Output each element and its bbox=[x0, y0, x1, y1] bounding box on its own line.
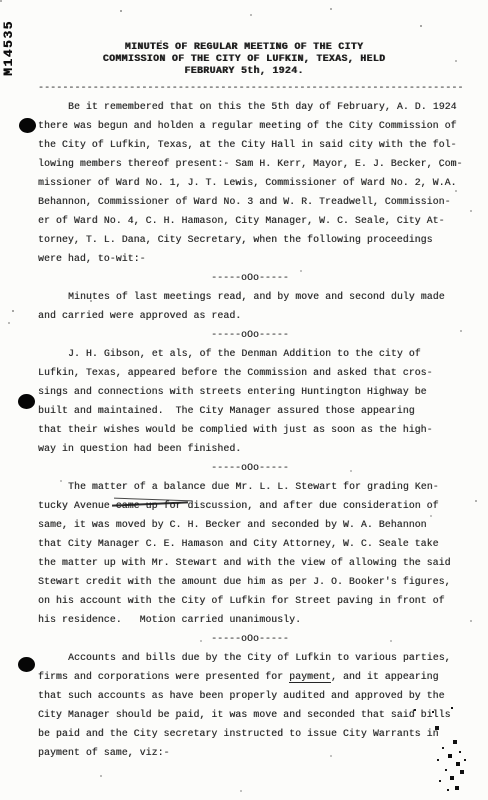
paragraph-line: that City Manager C. E. Hamason and City… bbox=[38, 534, 462, 553]
paragraph-line: lowing members thereof present:- Sam H. … bbox=[38, 154, 462, 173]
line-text: tucky Avenue bbox=[38, 500, 116, 511]
paragraph-line: firms and corporations were presented fo… bbox=[38, 667, 462, 686]
header-line: MINUTES OF REGULAR MEETING OF THE CITY bbox=[0, 41, 488, 53]
header-line: FEBRUARY 5th, 1924. bbox=[0, 65, 488, 77]
document-body: ----------------------------------------… bbox=[38, 78, 462, 762]
paragraph-line: same, it was moved by C. H. Becker and s… bbox=[38, 515, 462, 534]
punch-hole-dot bbox=[18, 394, 35, 409]
paragraph-line: way in question had been finished. bbox=[38, 439, 462, 458]
paragraph-line: Behannon, Commissioner of Ward No. 3 and… bbox=[38, 192, 462, 211]
paragraph-line: torney, T. L. Dana, City Secretary, when… bbox=[38, 230, 462, 249]
paragraph-line: J. H. Gibson, et als, of the Denman Addi… bbox=[38, 344, 462, 363]
line-text: discussion, and after due consideration … bbox=[182, 500, 439, 511]
underlined-text: payment bbox=[289, 671, 331, 683]
line-text: firms and corporations were presented fo… bbox=[38, 671, 289, 682]
section-separator: -----oOo----- bbox=[38, 325, 462, 344]
paragraph-line: sings and connections with streets enter… bbox=[38, 382, 462, 401]
paragraph-line: the matter up with Mr. Stewart and with … bbox=[38, 553, 462, 572]
paragraph-line: Accounts and bills due by the City of Lu… bbox=[38, 648, 462, 667]
line-text: , and it appearing bbox=[331, 671, 439, 682]
strikethrough-text: came up for bbox=[116, 496, 182, 515]
paragraph-line: missioner of Ward No. 1, J. T. Lewis, Co… bbox=[38, 173, 462, 192]
section-separator: -----oOo----- bbox=[38, 268, 462, 287]
dashed-divider: ----------------------------------------… bbox=[38, 78, 462, 97]
paragraph-line: Stewart credit with the amount due him a… bbox=[38, 572, 462, 591]
paragraph-line: that such accounts as have been properly… bbox=[38, 686, 462, 705]
paragraph-line: that their wishes would be complied with… bbox=[38, 420, 462, 439]
paragraph-line: The matter of a balance due Mr. L. L. St… bbox=[38, 477, 462, 496]
ink-speckles bbox=[0, 0, 2, 2]
paragraph-line: were had, to-wit:- bbox=[38, 249, 462, 268]
paragraph-line: tucky Avenue came up for discussion, and… bbox=[38, 496, 462, 515]
paragraph-line: his residence. Motion carried unanimousl… bbox=[38, 610, 462, 629]
section-separator: -----oOo----- bbox=[38, 629, 462, 648]
punch-hole-dot bbox=[18, 657, 35, 672]
section-separator: -----oOo----- bbox=[38, 458, 462, 477]
document-header: MINUTES OF REGULAR MEETING OF THE CITY C… bbox=[0, 41, 488, 77]
paragraph-line: Minutes of last meetings read, and by mo… bbox=[38, 287, 462, 306]
punch-hole-dot bbox=[19, 118, 36, 133]
paragraph-line: the City of Lufkin, Texas, at the City H… bbox=[38, 135, 462, 154]
paragraph-line: on his account with the City of Lufkin f… bbox=[38, 591, 462, 610]
paragraph-line: built and maintained. The City Manager a… bbox=[38, 401, 462, 420]
paragraph-line: City Manager should be paid, it was move… bbox=[38, 705, 462, 724]
paragraph-line: be paid and the City secretary instructe… bbox=[38, 724, 462, 743]
paragraph-line: payment of same, viz:- bbox=[38, 743, 462, 762]
paragraph-line: Lufkin, Texas, appeared before the Commi… bbox=[38, 363, 462, 382]
paragraph-line: there was begun and holden a regular mee… bbox=[38, 116, 462, 135]
header-line: COMMISSION OF THE CITY OF LUFKIN, TEXAS,… bbox=[0, 53, 488, 65]
paragraph-line: Be it remembered that on this the 5th da… bbox=[38, 97, 462, 116]
scanned-document-page: M14535 MINUTES OF REGULAR MEETING OF THE… bbox=[0, 0, 488, 800]
paragraph-line: er of Ward No. 4, C. H. Hamason, City Ma… bbox=[38, 211, 462, 230]
paragraph-line: and carried were approved as read. bbox=[38, 306, 462, 325]
